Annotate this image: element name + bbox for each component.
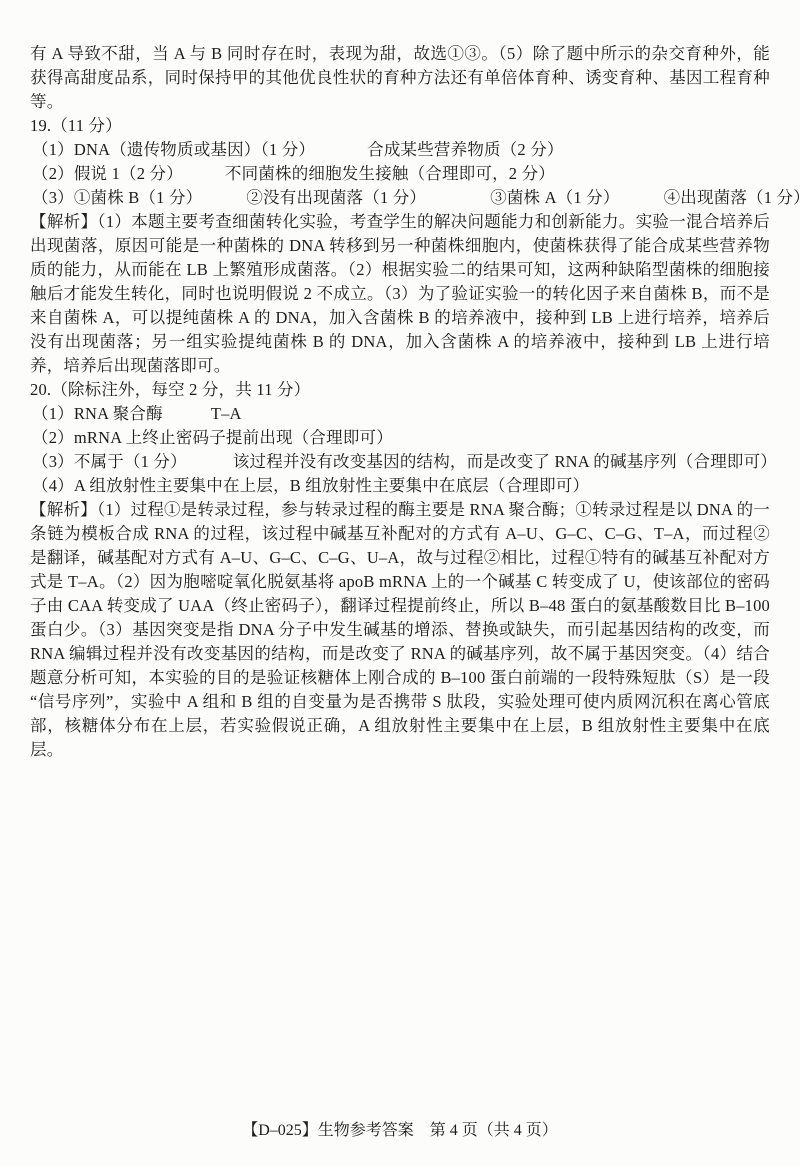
answer-key-page: 有 A 导致不甜，当 A 与 B 同时存在时，表现为甜，故选①③。（5）除了题中…: [0, 0, 800, 1166]
answer-blank-3: ③菌株 A（1 分）: [490, 188, 619, 207]
q20-analysis: 【解析】（1）过程①是转录过程，参与转录过程的酶主要是 RNA 聚合酶；①转录过…: [30, 498, 770, 762]
answer-blank-2: ②没有出现菌落（1 分）: [246, 188, 426, 207]
answer-key-content: 有 A 导致不甜，当 A 与 B 同时存在时，表现为甜，故选①③。（5）除了题中…: [30, 42, 770, 762]
answer-blank-1: （3）①菌株 B（1 分）: [32, 188, 202, 207]
answer-blank-2: 该过程并没有改变基因的结构，而是改变了 RNA 的碱基序列（合理即可）: [233, 452, 777, 471]
q18-answer-continuation: 有 A 导致不甜，当 A 与 B 同时存在时，表现为甜，故选①③。（5）除了题中…: [30, 42, 770, 114]
answer-blank-1: （2）假说 1（2 分）: [32, 164, 183, 183]
q19-answer-line-2: （2）假说 1（2 分）不同菌株的细胞发生接触（合理即可，2 分）: [30, 162, 770, 186]
q20-answer-line-1: （1）RNA 聚合酶T–A: [30, 402, 770, 426]
q19-answer-line-3: （3）①菌株 B（1 分）②没有出现菌落（1 分）③菌株 A（1 分）④出现菌落…: [30, 186, 770, 210]
q20-answer-line-4: （4）A 组放射性主要集中在上层，B 组放射性主要集中在底层（合理即可）: [30, 474, 770, 498]
q20-header: 20.（除标注外，每空 2 分，共 11 分）: [30, 378, 770, 402]
answer-blank-1: （1）RNA 聚合酶: [32, 404, 163, 423]
answer-blank-2: T–A: [211, 404, 242, 423]
q19-answer-line-1: （1）DNA（遗传物质或基因）（1 分）合成某些营养物质（2 分）: [30, 138, 770, 162]
page-footer: 【D–025】生物参考答案 第 4 页（共 4 页）: [0, 1120, 800, 1142]
q19-header: 19.（11 分）: [30, 114, 770, 138]
answer-blank-1: （3）不属于（1 分）: [32, 452, 187, 471]
q19-analysis: 【解析】（1）本题主要考查细菌转化实验，考查学生的解决问题能力和创新能力。实验一…: [30, 210, 770, 378]
answer-blank-1: （1）DNA（遗传物质或基因）（1 分）: [32, 140, 315, 159]
answer-blank-2: 不同菌株的细胞发生接触（合理即可，2 分）: [225, 164, 555, 183]
q20-answer-line-3: （3）不属于（1 分）该过程并没有改变基因的结构，而是改变了 RNA 的碱基序列…: [30, 450, 770, 474]
q20-answer-line-2: （2）mRNA 上终止密码子提前出现（合理即可）: [30, 426, 770, 450]
answer-blank-4: ④出现菌落（1 分）: [664, 188, 800, 207]
answer-blank-2: 合成某些营养物质（2 分）: [367, 140, 563, 159]
